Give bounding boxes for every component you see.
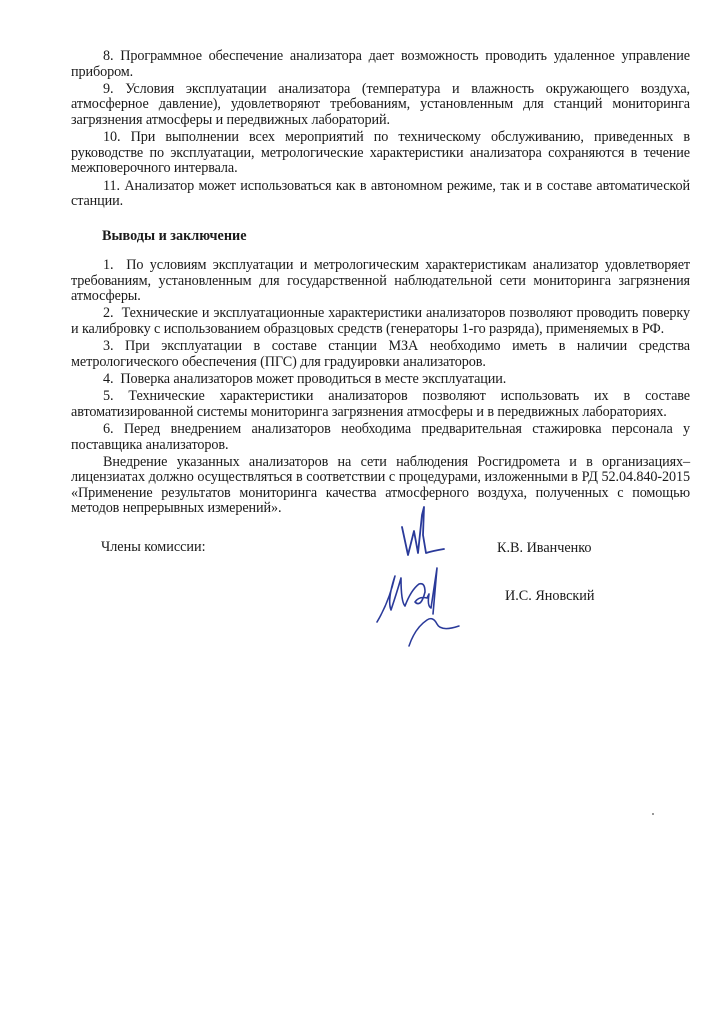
closing-paragraph: Внедрение указанных анализаторов на сети… [71, 455, 690, 517]
items-top-list: 8. Программное обеспечение анализатора д… [71, 49, 690, 210]
item-8: 8. Программное обеспечение анализатора д… [71, 49, 690, 80]
item-10: 10. При выполнении всех мероприятий по т… [71, 130, 690, 177]
item-number: 9. [103, 81, 113, 97]
item-text: Анализатор может использоваться как в ав… [71, 178, 690, 210]
conclusion-4: 4. Поверка анализаторов может проводитьс… [71, 372, 690, 388]
document-page: 8. Программное обеспечение анализатора д… [0, 0, 718, 1024]
conclusion-3: 3. При эксплуатации в составе станции МЗ… [71, 339, 690, 370]
signature-ivanchenko-icon [390, 505, 460, 565]
item-number: 4. [103, 371, 113, 387]
item-text: Технические и эксплуатационные характери… [71, 305, 690, 337]
item-number: 8. [103, 48, 113, 64]
signature-yanovsky-icon [375, 562, 470, 647]
conclusions-list: 1. По условиям эксплуатации и метрологич… [71, 258, 690, 517]
item-9: 9. Условия эксплуатации анализатора (тем… [71, 82, 690, 129]
item-text: Технические характеристики анализаторов … [71, 388, 690, 420]
scan-speck [652, 813, 654, 815]
item-number: 2. [103, 305, 113, 321]
conclusion-5: 5. Технические характеристики анализатор… [71, 389, 690, 420]
member-name-ivanchenko: К.В. Иванченко [497, 540, 592, 557]
commission-members-label: Члены комиссии: [101, 539, 206, 556]
item-11: 11. Анализатор может использоваться как … [71, 179, 690, 210]
scan-speck [192, 57, 193, 58]
item-number: 6. [103, 421, 113, 437]
section-heading-conclusions: Выводы и заключение [102, 228, 247, 245]
item-text: Поверка анализаторов может проводиться в… [120, 371, 506, 387]
item-text: Условия эксплуатации анализатора (темпер… [71, 81, 690, 128]
conclusion-1: 1. По условиям эксплуатации и метрологич… [71, 258, 690, 305]
item-text: Программное обеспечение анализатора дает… [71, 48, 690, 80]
item-number: 3. [103, 338, 113, 354]
item-number: 1. [103, 257, 113, 273]
item-number: 5. [103, 388, 113, 404]
item-text: При эксплуатации в составе станции МЗА н… [71, 338, 690, 370]
scan-speck [625, 133, 626, 134]
item-text: Перед внедрением анализаторов необходима… [71, 421, 690, 453]
item-number: 10. [103, 129, 120, 145]
item-text: По условиям эксплуатации и метрологическ… [71, 257, 690, 304]
conclusion-6: 6. Перед внедрением анализаторов необход… [71, 422, 690, 453]
item-text: При выполнении всех мероприятий по техни… [71, 129, 690, 176]
item-number: 11. [103, 178, 120, 194]
conclusion-2: 2. Технические и эксплуатационные характ… [71, 306, 690, 337]
member-name-yanovsky: И.С. Яновский [505, 588, 595, 605]
